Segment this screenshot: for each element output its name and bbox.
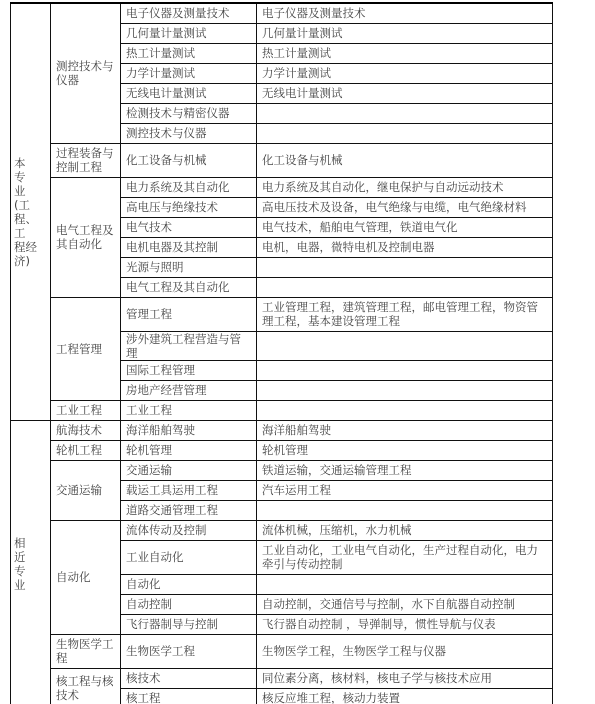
table-row: 工程管理管理工程工业管理工程，建筑管理工程，邮电管理工程，物资管理工程，基本建设… <box>11 297 553 331</box>
major-cell: 飞行器制导与控制 <box>121 614 257 634</box>
related-major-cell: 电机，电器，微特电机及控制电器 <box>257 237 553 257</box>
major-cell: 电机电器及其控制 <box>121 237 257 257</box>
table-row: 本 专 业 (工 程、工 程经 济)测控技术与仪器电子仪器及测量技术电子仪器及测… <box>11 3 553 23</box>
major-cell: 热工计量测试 <box>121 43 257 63</box>
related-major-cell: 轮机管理 <box>257 440 553 460</box>
related-major-cell <box>257 257 553 277</box>
major-cell: 电子仪器及测量技术 <box>121 3 257 23</box>
related-major-cell <box>257 360 553 380</box>
related-major-cell: 铁道运输，交通运输管理工程 <box>257 460 553 480</box>
major-cell: 工业工程 <box>121 400 257 420</box>
discipline-cell: 过程装备与控制工程 <box>51 143 121 177</box>
table-row: 相 近 专 业航海技术海洋船舶驾驶海洋船舶驾驶 <box>11 420 553 440</box>
major-cell: 生物医学工程 <box>121 634 257 668</box>
major-cell: 几何量计量测试 <box>121 23 257 43</box>
related-major-cell: 高电压技术及设备，电气绝缘与电缆，电气绝缘材料 <box>257 197 553 217</box>
major-cell: 道路交通管理工程 <box>121 500 257 520</box>
major-cell: 国际工程管理 <box>121 360 257 380</box>
major-cell: 电气工程及其自动化 <box>121 277 257 297</box>
table-row: 交通运输交通运输铁道运输，交通运输管理工程 <box>11 460 553 480</box>
table-row: 核工程与核技术核技术同位素分离，核材料，核电子学与核技术应用 <box>11 668 553 688</box>
discipline-cell: 轮机工程 <box>51 440 121 460</box>
table-row: 轮机工程轮机管理轮机管理 <box>11 440 553 460</box>
discipline-cell: 工程管理 <box>51 297 121 400</box>
related-major-cell: 工业自动化，工业电气自动化，生产过程自动化，电力牵引与传动控制 <box>257 540 553 574</box>
major-comparison-table: 本 专 业 (工 程、工 程经 济)测控技术与仪器电子仪器及测量技术电子仪器及测… <box>10 2 553 704</box>
discipline-cell: 航海技术 <box>51 420 121 440</box>
discipline-cell: 电气工程及其自动化 <box>51 177 121 297</box>
major-cell: 电气技术 <box>121 217 257 237</box>
related-major-cell: 电气技术，船舶电气管理，铁道电气化 <box>257 217 553 237</box>
major-cell: 核技术 <box>121 668 257 688</box>
table-row: 工业工程工业工程 <box>11 400 553 420</box>
major-cell: 检测技术与精密仪器 <box>121 103 257 123</box>
related-major-cell <box>257 380 553 400</box>
related-major-cell <box>257 574 553 594</box>
discipline-cell: 核工程与核技术 <box>51 668 121 704</box>
major-cell: 电力系统及其自动化 <box>121 177 257 197</box>
related-major-cell: 生物医学工程，生物医学工程与仪器 <box>257 634 553 668</box>
related-major-cell: 汽车运用工程 <box>257 480 553 500</box>
major-cell: 涉外建筑工程营造与管理 <box>121 331 257 360</box>
major-cell: 自动控制 <box>121 594 257 614</box>
related-major-cell: 海洋船舶驾驶 <box>257 420 553 440</box>
major-cell: 力学计量测试 <box>121 63 257 83</box>
major-cell: 管理工程 <box>121 297 257 331</box>
major-cell: 载运工具运用工程 <box>121 480 257 500</box>
related-major-cell: 电子仪器及测量技术 <box>257 3 553 23</box>
major-comparison-table-container: 本 专 业 (工 程、工 程经 济)测控技术与仪器电子仪器及测量技术电子仪器及测… <box>10 2 553 704</box>
discipline-cell: 工业工程 <box>51 400 121 420</box>
major-cell: 交通运输 <box>121 460 257 480</box>
related-major-cell: 力学计量测试 <box>257 63 553 83</box>
category-label: 本 专 业 (工 程、工 程经 济) <box>14 156 37 268</box>
related-major-cell: 工业管理工程，建筑管理工程，邮电管理工程，物资管理工程，基本建设管理工程 <box>257 297 553 331</box>
major-cell: 房地产经营管理 <box>121 380 257 400</box>
major-cell: 流体传动及控制 <box>121 520 257 540</box>
major-cell: 核工程 <box>121 688 257 704</box>
related-major-cell: 电力系统及其自动化，继电保护与自动远动技术 <box>257 177 553 197</box>
related-major-cell <box>257 123 553 143</box>
major-cell: 测控技术与仪器 <box>121 123 257 143</box>
discipline-cell: 生物医学工程 <box>51 634 121 668</box>
related-major-cell: 化工设备与机械 <box>257 143 553 177</box>
discipline-cell: 测控技术与仪器 <box>51 3 121 143</box>
related-major-cell <box>257 277 553 297</box>
major-cell: 海洋船舶驾驶 <box>121 420 257 440</box>
related-major-cell: 核反应堆工程，核动力装置 <box>257 688 553 704</box>
major-cell: 工业自动化 <box>121 540 257 574</box>
related-major-cell: 流体机械，压缩机，水力机械 <box>257 520 553 540</box>
discipline-cell: 交通运输 <box>51 460 121 520</box>
major-cell: 轮机管理 <box>121 440 257 460</box>
related-major-cell <box>257 331 553 360</box>
related-major-cell: 同位素分离，核材料，核电子学与核技术应用 <box>257 668 553 688</box>
table-row: 自动化流体传动及控制流体机械，压缩机，水力机械 <box>11 520 553 540</box>
table-body: 本 专 业 (工 程、工 程经 济)测控技术与仪器电子仪器及测量技术电子仪器及测… <box>11 3 553 704</box>
related-major-cell: 自动控制，交通信号与控制，水下自航器自动控制 <box>257 594 553 614</box>
related-major-cell: 无线电计量测试 <box>257 83 553 103</box>
major-cell: 无线电计量测试 <box>121 83 257 103</box>
category-cell: 相 近 专 业 <box>11 420 51 704</box>
major-cell: 高电压与绝缘技术 <box>121 197 257 217</box>
table-row: 电气工程及其自动化电力系统及其自动化电力系统及其自动化，继电保护与自动远动技术 <box>11 177 553 197</box>
discipline-cell: 自动化 <box>51 520 121 634</box>
major-cell: 化工设备与机械 <box>121 143 257 177</box>
related-major-cell: 几何量计量测试 <box>257 23 553 43</box>
table-row: 生物医学工程生物医学工程生物医学工程，生物医学工程与仪器 <box>11 634 553 668</box>
related-major-cell: 飞行器自动控制 ，导弹制导，惯性导航与仪表 <box>257 614 553 634</box>
related-major-cell <box>257 400 553 420</box>
category-cell: 本 专 业 (工 程、工 程经 济) <box>11 3 51 420</box>
related-major-cell <box>257 103 553 123</box>
table-row: 过程装备与控制工程化工设备与机械化工设备与机械 <box>11 143 553 177</box>
related-major-cell <box>257 500 553 520</box>
related-major-cell: 热工计量测试 <box>257 43 553 63</box>
major-cell: 自动化 <box>121 574 257 594</box>
category-label: 相 近 专 业 <box>14 536 26 592</box>
major-cell: 光源与照明 <box>121 257 257 277</box>
